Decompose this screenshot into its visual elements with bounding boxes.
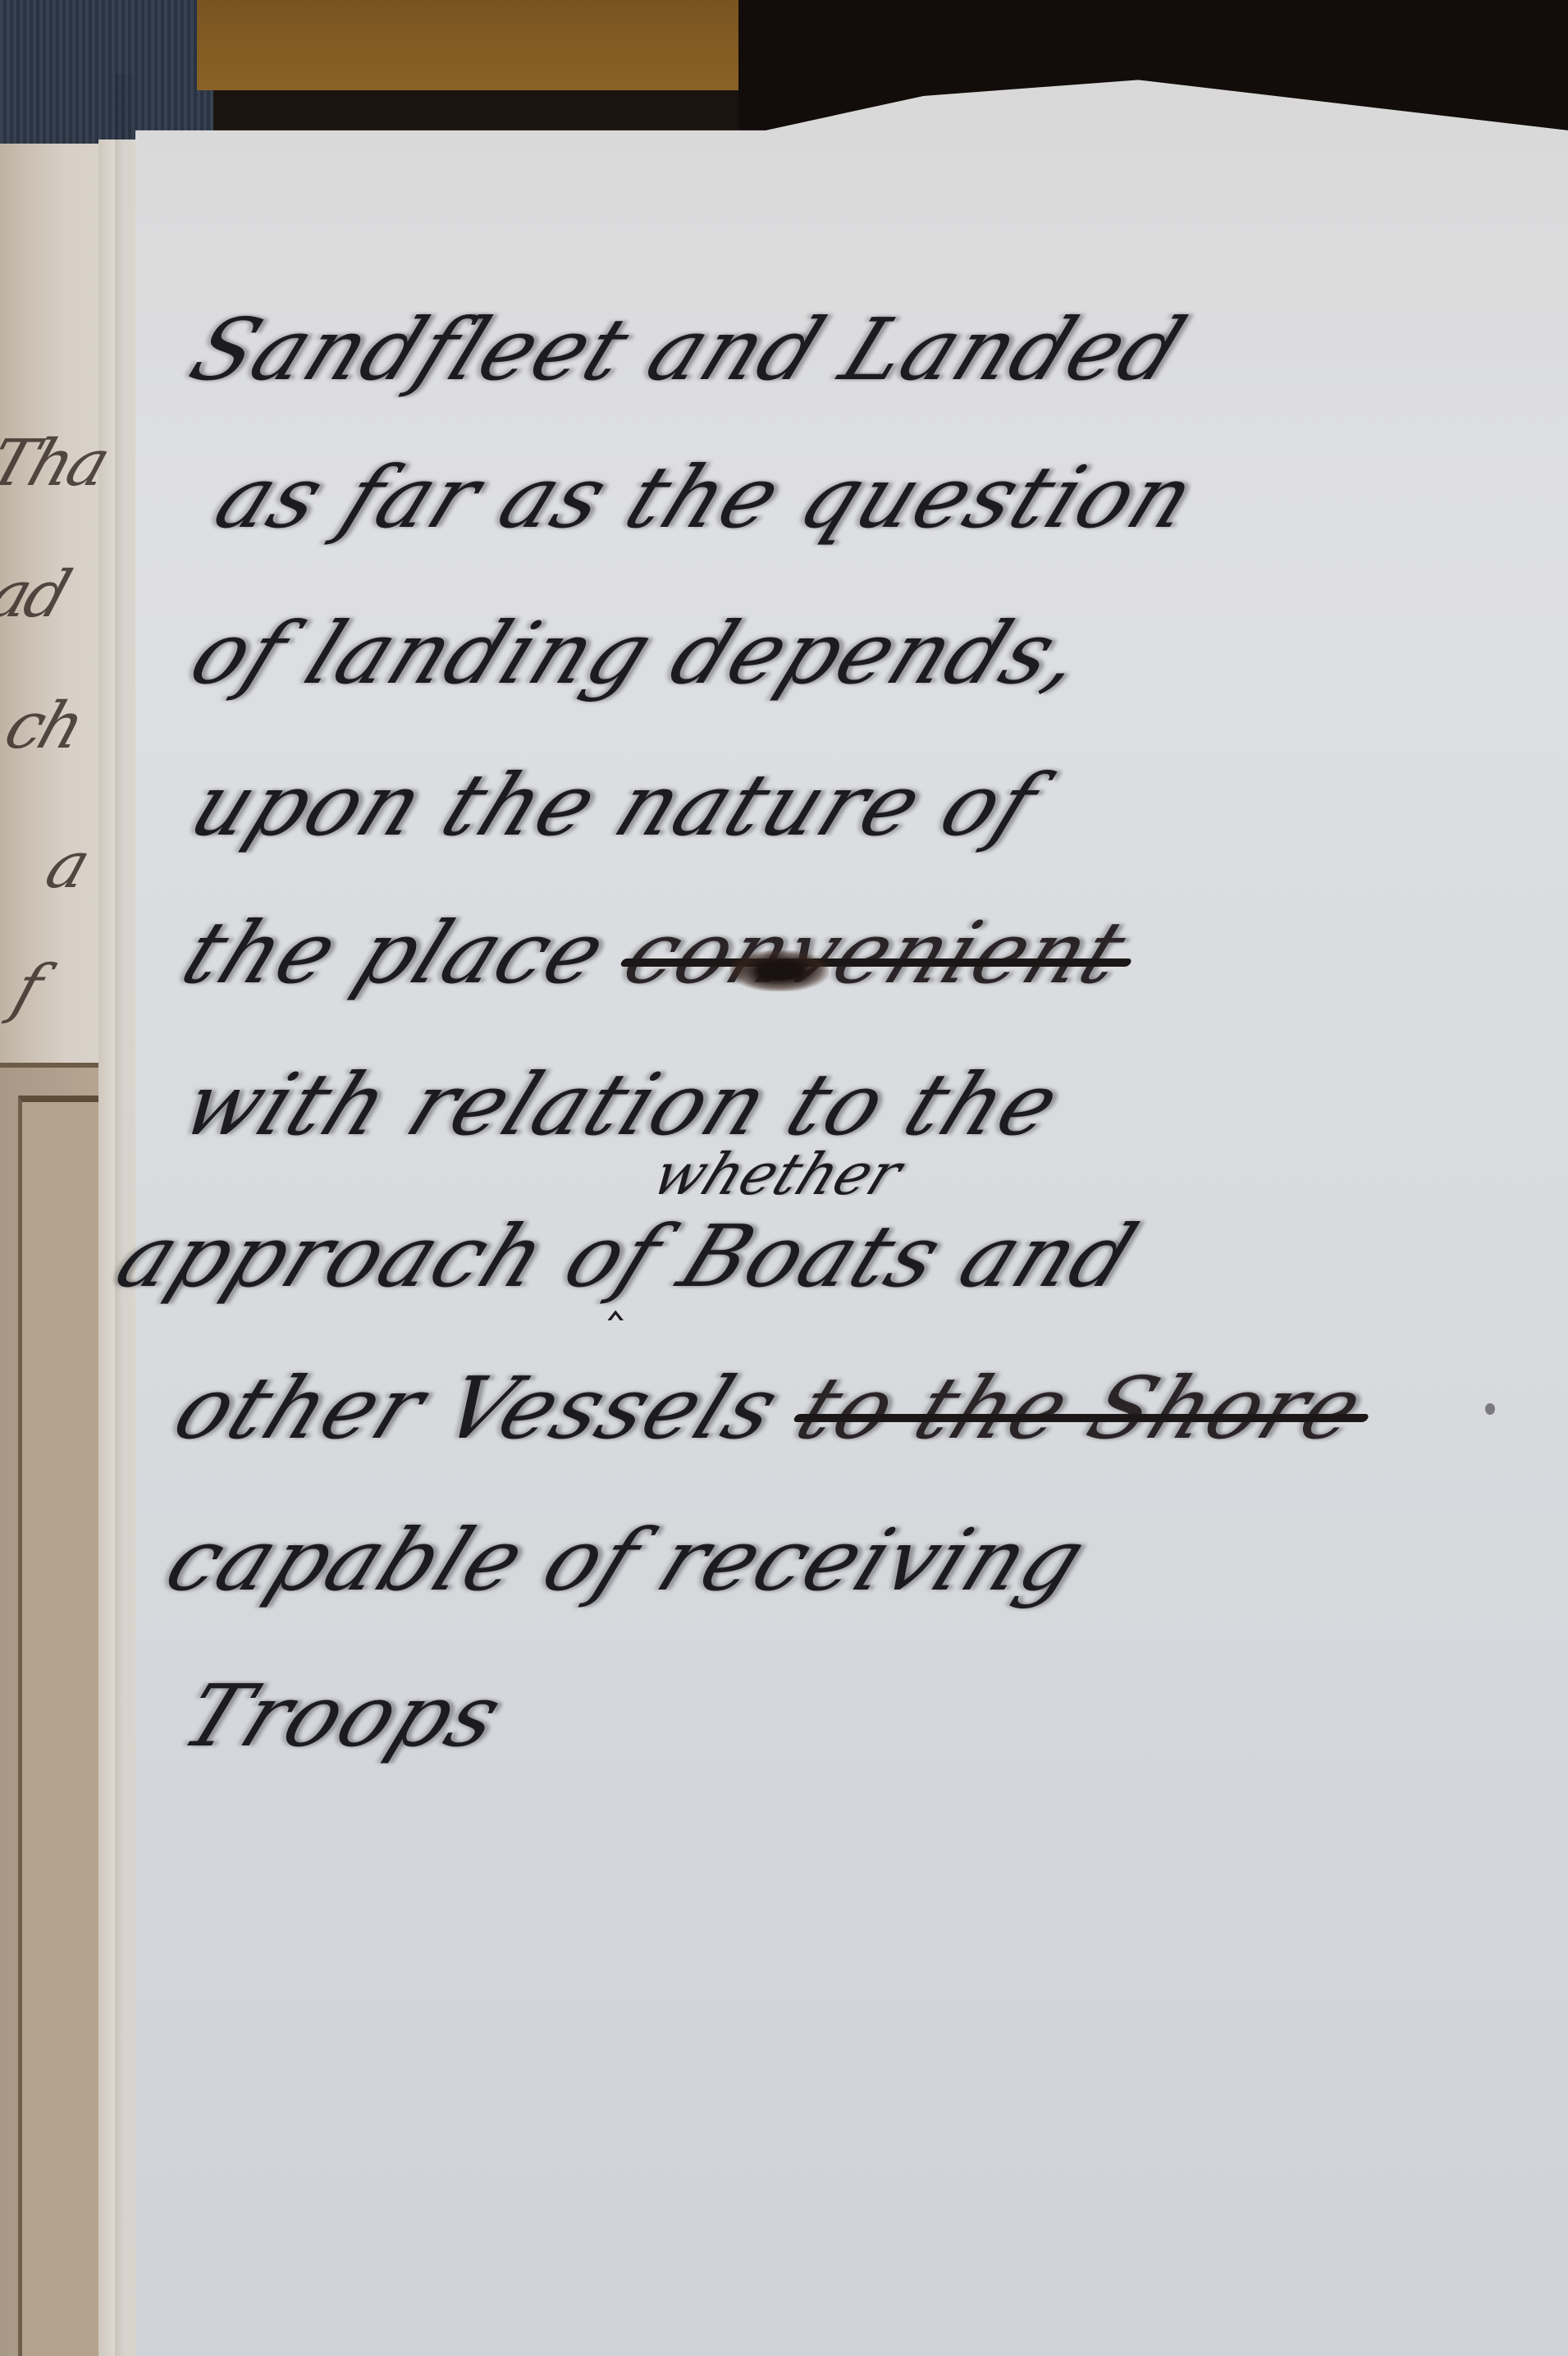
manuscript-line-2: as far as the question [201, 447, 1210, 547]
manuscript-line-7: approach of Boats and [103, 1206, 1151, 1306]
line-text: other Vessels [160, 1358, 794, 1458]
manuscript-line-1: Sandfleet and Landed [176, 300, 1200, 400]
struck-through-phrase: to the Shore [783, 1358, 1378, 1458]
interlinear-insertion: whether [642, 1141, 912, 1208]
manuscript-line-4: upon the nature of [176, 755, 1053, 855]
ink-speck [1485, 1403, 1495, 1415]
manuscript-line-3: of landing depends, [176, 603, 1100, 703]
manuscript-line-5: the place convenient [168, 903, 1141, 1003]
manuscript-line-10: Troops [168, 1666, 518, 1766]
manuscript-line-6: with relation to the [168, 1054, 1075, 1155]
struck-through-word: convenient [610, 903, 1141, 1003]
line-text: the place [168, 903, 621, 1003]
manuscript-line-8: other Vessels to the Shore [160, 1358, 1378, 1458]
wooden-surface [197, 0, 771, 90]
manuscript-line-9: capable of receiving [152, 1510, 1101, 1610]
ink-blot [730, 950, 829, 991]
